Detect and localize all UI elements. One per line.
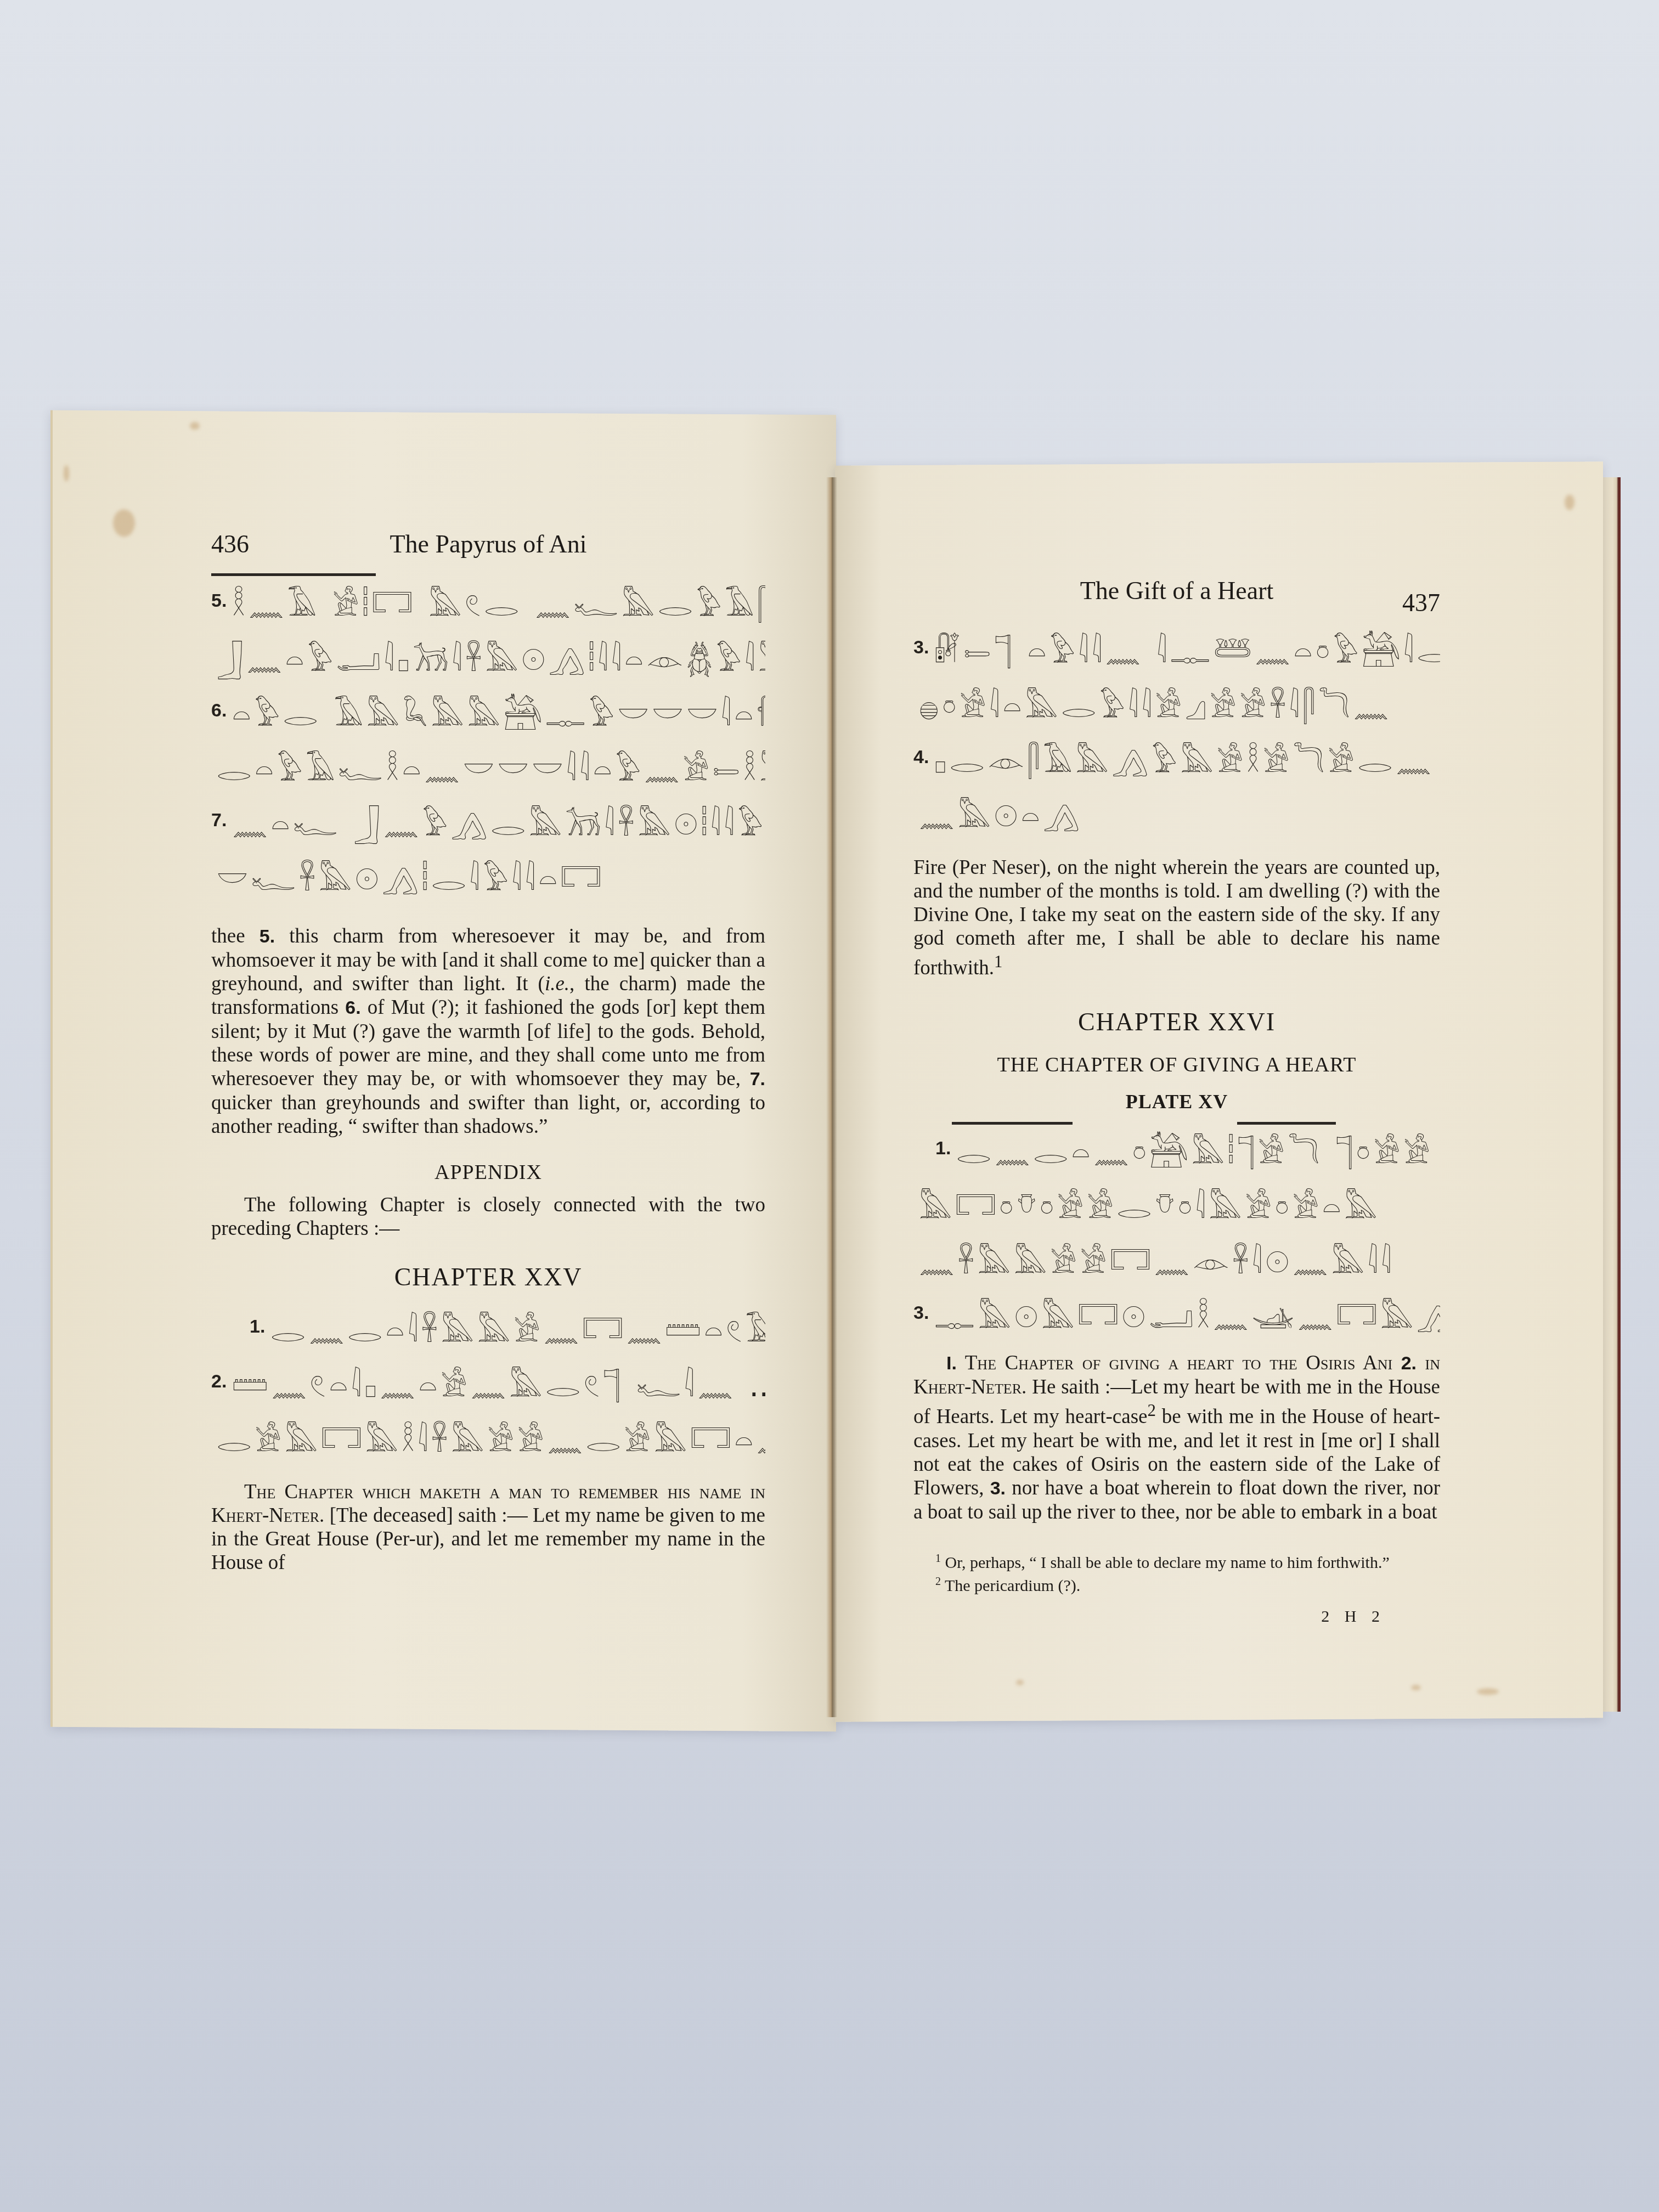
running-head-left: 436 The Papyrus of Ani: [211, 529, 765, 573]
hieroglyph-row: 5. 𓎛𓈖𓄿 𓀀𓏪𓉐 𓅓𓏲𓂋 𓈖𓆑𓅓𓂋𓅱𓄿𓋴𓂋𓈖𓏏𓈖: [211, 573, 765, 628]
foxing-stain: [190, 422, 200, 430]
page-number: 437: [1402, 588, 1440, 617]
text-run: thee: [211, 925, 259, 947]
line-marker: 2.: [211, 1371, 227, 1392]
plate-label: PLATE XV: [913, 1090, 1440, 1113]
hieroglyph-block: 5. 𓎛𓈖𓄿 𓀀𓏪𓉐 𓅓𓏲𓂋 𓈖𓆑𓅓𓂋𓅱𓄿𓋴𓂋𓈖𓏏𓈖 𓃀𓈖𓏏𓅱𓂝𓇋𓊪𓃡𓇋𓋹𓅓𓇳𓂻…: [211, 573, 765, 902]
hieroglyph-row: 3. 𓏞𓍿𓊹 𓏏𓅱𓇋𓇋𓈖 𓇋𓊃𓆷𓈖𓏏𓏌𓅱𓃤𓇋𓂋𓋴𓅱: [913, 620, 1440, 675]
hieroglyph-row: 𓂋𓏏𓅱𓄿𓆑𓎛𓏏𓈖𓎟𓎟𓎟𓇋𓇋𓏏𓅱𓈖𓀀𓍿𓎛𓅓𓄿𓂻𓀀𓇋𓈖𓇳: [211, 738, 765, 793]
right-page-content: The Gift of a Heart 437 3. 𓏞𓍿𓊹 𓏏𓅱𓇋𓇋𓈖 𓇋𓊃𓆷…: [913, 576, 1440, 1626]
chapter-heading: CHAPTER XXVI: [913, 1007, 1440, 1036]
line-marker: 5.: [259, 926, 275, 947]
book-fore-edge: [1601, 477, 1621, 1712]
appendix-heading: APPENDIX: [211, 1160, 765, 1184]
cartouche-overline: [1237, 1122, 1336, 1125]
book-gutter: [826, 477, 837, 1717]
hieroglyph-row: 𓈖𓋹𓅓𓅓𓀀𓀀𓉐𓈖𓁹𓋹𓇋𓇳𓈖𓅓𓇋𓇋: [913, 1231, 1440, 1285]
line-marker: 3.: [990, 1478, 1006, 1499]
appendix-text: The following Chapter is closely connect…: [211, 1193, 765, 1240]
paragraph-text: Fire (Per Neser), on the night wherein t…: [913, 856, 1440, 979]
footnote-text: The pericardium (?).: [945, 1577, 1080, 1595]
line-marker: 7.: [750, 1069, 765, 1090]
line-marker: I.: [946, 1353, 957, 1374]
chapter-hieroglyph-block: 1. 𓂋𓈖𓂋𓏏𓇋𓋹𓅓𓅓𓀀𓈖𓉐𓈖𓏠𓏏𓏲𓄿𓀀𓁹𓈖 2. 𓏠𓈖𓏲𓏏𓇋𓊪𓈖𓏏𓀀𓈖𓅓𓂋𓏲𓊹…: [211, 1299, 765, 1464]
cartouche-overline: [952, 1122, 1073, 1125]
hieroglyphs: 𓏞𓍿𓊹 𓏏𓅱𓇋𓇋𓈖 𓇋𓊃𓆷𓈖𓏏𓏌𓅱𓃤𓇋𓂋𓋴𓅱: [934, 623, 1440, 672]
line-marker: 5.: [211, 590, 227, 612]
line-marker: 1.: [935, 1138, 951, 1159]
hieroglyph-row: 𓐍𓏌𓀀𓇋𓏏𓅓𓂋𓅱𓇋𓇋𓀀𓈎𓀀𓀀𓋹𓇋𓋴𓆓𓈖: [913, 675, 1440, 730]
hieroglyph-block: 3. 𓏞𓍿𓊹 𓏏𓅱𓇋𓇋𓈖 𓇋𓊃𓆷𓈖𓏏𓏌𓅱𓃤𓇋𓂋𓋴𓅱 𓐍𓏌𓀀𓇋𓏏𓅓𓂋𓅱𓇋𓇋𓀀𓈎𓀀𓀀…: [913, 620, 1440, 839]
hieroglyph-row: 1. 𓂋𓈖𓂋𓏏𓇋𓋹𓅓𓅓𓀀𓈖𓉐𓈖𓏠𓏏𓏲𓄿𓀀𓁹𓈖: [211, 1299, 765, 1354]
chapter-subheading: THE CHAPTER OF GIVING A HEART: [913, 1053, 1440, 1077]
left-page-content: 436 The Papyrus of Ani 5. 𓎛𓈖𓄿 𓀀𓏪𓉐 𓅓𓏲𓂋 𓈖𓆑…: [211, 529, 765, 1575]
chapter-text: The Chapter which maketh a man to rememb…: [211, 1480, 765, 1575]
running-title: The Gift of a Heart: [913, 576, 1440, 605]
hieroglyph-row: 4. 𓊪𓂋𓁹𓋴𓄿𓅓𓂻𓅱𓅓𓀀𓎛𓀀𓆓𓀀𓂋𓈖: [913, 730, 1440, 785]
foxing-stain: [113, 509, 135, 537]
foxing-stain: [1411, 1685, 1421, 1690]
hieroglyphs: 𓂋𓈖𓂋𓏏𓈖𓏌𓃤𓅓𓏪𓊹𓀀𓆓 𓊹𓏌𓀀𓀀: [956, 1124, 1433, 1173]
line-marker: 1.: [250, 1316, 265, 1338]
line-marker: 6.: [211, 700, 227, 721]
hieroglyphs: 𓊃𓅓𓇳𓅓𓉐𓇳𓂝𓎛𓈖𓊛𓈖𓉐𓅓𓂻𓀀𓇳: [934, 1289, 1440, 1338]
hieroglyph-row: 7. 𓈖𓏏𓆑 𓃀𓈖𓅱𓂻𓂋𓅓𓃡𓇋𓋹𓅓𓇳𓏪𓇋𓇋𓅱𓇋𓏏: [211, 793, 765, 848]
footnote: 1 Or, perhaps, “ I shall be able to decl…: [935, 1549, 1440, 1572]
foxing-stain: [1016, 1680, 1024, 1685]
footnotes: 1 Or, perhaps, “ I shall be able to decl…: [935, 1549, 1440, 1595]
line-marker: 3.: [913, 1302, 929, 1324]
footnote-number: 2: [935, 1576, 941, 1588]
running-title: The Papyrus of Ani: [211, 529, 765, 558]
footnote-ref: 2: [1147, 1401, 1155, 1420]
hieroglyphs: 𓃀𓈖𓏏𓅱𓂝𓇋𓊪𓃡𓇋𓋹𓅓𓇳𓂻𓏪𓇋𓇋𓏏𓁹𓆣𓅱𓇋𓅓: [217, 631, 765, 680]
footnote: 2 The pericardium (?).: [935, 1572, 1440, 1595]
hieroglyphs: 𓂋𓀀𓅓𓉐𓅓𓎛𓇋𓋹𓅓𓀀𓀀𓈖𓂋𓀀𓅓𓉐𓏏𓈖: [217, 1412, 765, 1461]
hieroglyph-row: 𓅓𓉐𓏌𓄣𓏌𓀀𓀀𓂋𓄣𓏌𓇋𓅓𓀀𓏌𓀀𓏏𓅓: [913, 1176, 1440, 1231]
hieroglyph-row: 3. 𓊃𓅓𓇳𓅓𓉐𓇳𓂝𓎛𓈖𓊛𓈖𓉐𓅓𓂻𓀀𓇳: [913, 1285, 1440, 1340]
hieroglyphs: 𓈖𓏏𓆑 𓃀𓈖𓅱𓂻𓂋𓅓𓃡𓇋𓋹𓅓𓇳𓏪𓇋𓇋𓅱𓇋𓏏: [232, 796, 765, 845]
footnote-text: Or, perhaps, “ I shall be able to declar…: [945, 1554, 1390, 1572]
translation-paragraph: thee 5. this charm from wheresoever it m…: [211, 924, 765, 1138]
hieroglyphs: 𓐍𓏌𓀀𓇋𓏏𓅓𓂋𓅱𓇋𓇋𓀀𓈎𓀀𓀀𓋹𓇋𓋴𓆓𓈖: [919, 678, 1392, 727]
hieroglyphs: 𓂋𓈖𓂋𓏏𓇋𓋹𓅓𓅓𓀀𓈖𓉐𓈖𓏠𓏏𓏲𓄿𓀀𓁹𓈖: [270, 1302, 765, 1351]
hieroglyphs: 𓎟𓆑𓋹𓅓𓇳𓂻𓏪𓂋𓇋𓅱𓇋𓇋𓏏𓉐: [217, 851, 605, 900]
line-marker: 7.: [211, 810, 227, 831]
line-marker: 3.: [913, 637, 929, 658]
hieroglyphs: 𓎛𓈖𓄿 𓀀𓏪𓉐 𓅓𓏲𓂋 𓈖𓆑𓅓𓂋𓅱𓄿𓋴𓂋𓈖𓏏𓈖: [232, 577, 765, 625]
line-marker: 4.: [913, 747, 929, 768]
hieroglyphs: 𓊪𓂋𓁹𓋴𓄿𓅓𓂻𓅱𓅓𓀀𓎛𓀀𓆓𓀀𓂋𓈖: [934, 733, 1435, 782]
smallcaps-text: The Chapter of giving a heart to the Osi…: [957, 1352, 1401, 1374]
hieroglyph-row: 𓈖𓅓𓇳𓏏𓂻: [913, 785, 1440, 839]
hieroglyph-row: 𓎟𓆑𓋹𓅓𓇳𓂻𓏪𓂋𓇋𓅱𓇋𓇋𓏏𓉐: [211, 848, 765, 902]
running-head-right: The Gift of a Heart 437: [913, 576, 1440, 620]
hieroglyphs: 𓏏𓅱𓂋 𓄿𓅓𓆗𓅓𓅓𓃤𓊃𓅱𓎟𓎟𓎟𓇋𓏏𓆳𓅱𓀀: [232, 686, 765, 735]
chapter-heading: CHAPTER XXV: [211, 1262, 765, 1291]
text-run: quicker than greyhounds and swifter than…: [211, 1092, 765, 1138]
signature-mark: 2 H 2: [913, 1607, 1385, 1626]
hieroglyphs: 𓅓𓉐𓏌𓄣𓏌𓀀𓀀𓂋𓄣𓏌𓇋𓅓𓀀𓏌𓀀𓏏𓅓: [919, 1179, 1381, 1228]
hieroglyphs: 𓂋𓏏𓅱𓄿𓆑𓎛𓏏𓈖𓎟𓎟𓎟𓇋𓇋𓏏𓅱𓈖𓀀𓍿𓎛𓅓𓄿𓂻𓀀𓇋𓈖𓇳: [217, 741, 765, 790]
foxing-stain: [1565, 495, 1575, 510]
hieroglyph-row: 1. 𓂋𓈖𓂋𓏏𓈖𓏌𓃤𓅓𓏪𓊹𓀀𓆓 𓊹𓏌𓀀𓀀: [913, 1121, 1440, 1176]
footnote-ref: 1: [994, 952, 1002, 971]
hieroglyphs: 𓏠𓈖𓏲𓏏𓇋𓊪𓈖𓏏𓀀𓈖𓅓𓂋𓏲𓊹 𓆑𓇋𓈖 …… 𓂋𓀀𓈖: [232, 1357, 765, 1406]
translation-paragraph: Fire (Per Neser), on the night wherein t…: [913, 856, 1440, 980]
hieroglyph-row: 2. 𓏠𓈖𓏲𓏏𓇋𓊪𓈖𓏏𓀀𓈖𓅓𓂋𓏲𓊹 𓆑𓇋𓈖 …… 𓂋𓀀𓈖: [211, 1354, 765, 1409]
foxing-stain: [64, 465, 69, 482]
line-marker: 6.: [345, 997, 360, 1018]
hieroglyph-row: 6. 𓏏𓅱𓂋 𓄿𓅓𓆗𓅓𓅓𓃤𓊃𓅱𓎟𓎟𓎟𓇋𓏏𓆳𓅱𓀀: [211, 683, 765, 738]
italic-text: i.e.: [545, 973, 569, 995]
line-marker: 2.: [1401, 1353, 1417, 1374]
chapter-text: I. The Chapter of giving a heart to the …: [913, 1351, 1440, 1523]
hieroglyphs: 𓈖𓋹𓅓𓅓𓀀𓀀𓉐𓈖𓁹𓋹𓇋𓇳𓈖𓅓𓇋𓇋: [919, 1234, 1395, 1283]
plate-hieroglyph-block: 1. 𓂋𓈖𓂋𓏏𓈖𓏌𓃤𓅓𓏪𓊹𓀀𓆓 𓊹𓏌𓀀𓀀 𓅓𓉐𓏌𓄣𓏌𓀀𓀀𓂋𓄣𓏌𓇋𓅓𓀀𓏌𓀀𓏏𓅓 𓈖…: [913, 1121, 1440, 1340]
hieroglyphs: 𓈖𓅓𓇳𓏏𓂻: [919, 788, 1083, 837]
cartouche-overline: [211, 573, 376, 576]
hieroglyph-row: 𓃀𓈖𓏏𓅱𓂝𓇋𓊪𓃡𓇋𓋹𓅓𓇳𓂻𓏪𓇋𓇋𓏏𓁹𓆣𓅱𓇋𓅓: [211, 628, 765, 683]
foxing-stain: [1477, 1688, 1499, 1695]
footnote-number: 1: [935, 1553, 941, 1565]
hieroglyph-row: 𓂋𓀀𓅓𓉐𓅓𓎛𓇋𓋹𓅓𓀀𓀀𓈖𓂋𓀀𓅓𓉐𓏏𓈖: [211, 1409, 765, 1464]
